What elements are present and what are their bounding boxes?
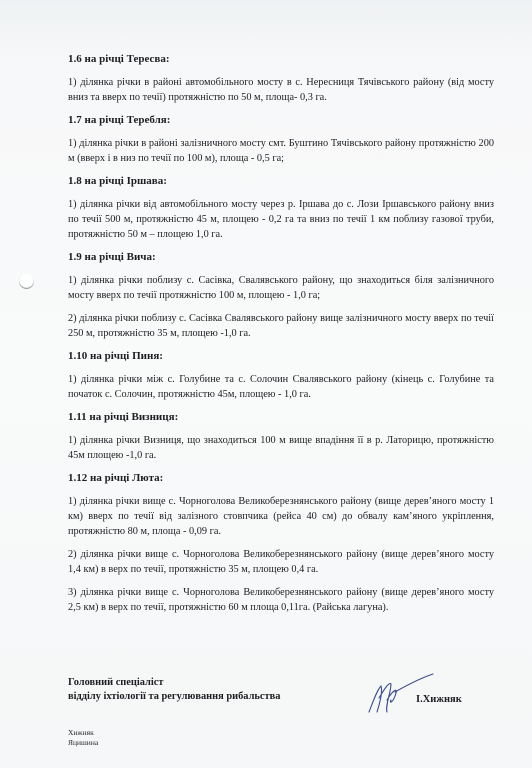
document-body: 1.6 на річці Тересва: 1) ділянка річки в… — [68, 52, 494, 623]
punch-hole — [19, 274, 34, 289]
section-item: 1) ділянка річки вище с. Чорноголова Вел… — [68, 494, 494, 539]
section-heading: 1.11 на річці Визниця: — [68, 410, 494, 424]
section-vycha: 1.9 на річці Вича: 1) ділянка річки побл… — [68, 250, 494, 341]
section-item: 1) ділянка річки поблизу с. Сасівка, Сва… — [68, 273, 494, 303]
section-pynia: 1.10 на річці Пиня: 1) ділянка річки між… — [68, 349, 494, 402]
executors-list: Хижняк Яцишина — [68, 728, 98, 748]
section-item: 1) ділянка річки від автомобільного мост… — [68, 197, 494, 242]
section-heading: 1.6 на річці Тересва: — [68, 52, 494, 66]
section-vyznytsia: 1.11 на річці Визниця: 1) ділянка річки … — [68, 410, 494, 463]
section-item: 1) ділянка річки між с. Голубине та с. С… — [68, 372, 494, 402]
section-item: 1) ділянка річки в районі залізничного м… — [68, 136, 494, 166]
section-item: 1) ділянка річки Визниця, що знаходиться… — [68, 433, 494, 463]
section-item: 3) ділянка річки вище с. Чорноголова Вел… — [68, 585, 494, 615]
executor-name: Хижняк — [68, 728, 98, 738]
section-irshava: 1.8 на річці Іршава: 1) ділянка річки ві… — [68, 174, 494, 242]
section-item: 2) ділянка річки вище с. Чорноголова Вел… — [68, 547, 494, 577]
position-line-1: Головний спеціаліст — [68, 676, 508, 690]
section-item: 2) ділянка річки поблизу с. Сасівка Свал… — [68, 311, 494, 341]
section-item: 1) ділянка річки в районі автомобільного… — [68, 75, 494, 105]
section-tereblia: 1.7 на річці Теребля: 1) ділянка річки в… — [68, 113, 494, 166]
section-liuta: 1.12 на річці Люта: 1) ділянка річки вищ… — [68, 471, 494, 615]
executor-name: Яцишина — [68, 738, 98, 748]
section-heading: 1.8 на річці Іршава: — [68, 174, 494, 188]
signatory-name: І.Хижняк — [416, 694, 462, 705]
section-heading: 1.9 на річці Вича: — [68, 250, 494, 264]
section-teresva: 1.6 на річці Тересва: 1) ділянка річки в… — [68, 52, 494, 105]
section-heading: 1.7 на річці Теребля: — [68, 113, 494, 127]
section-heading: 1.10 на річці Пиня: — [68, 349, 494, 363]
section-heading: 1.12 на річці Люта: — [68, 471, 494, 485]
scanned-page: 1.6 на річці Тересва: 1) ділянка річки в… — [0, 0, 532, 768]
